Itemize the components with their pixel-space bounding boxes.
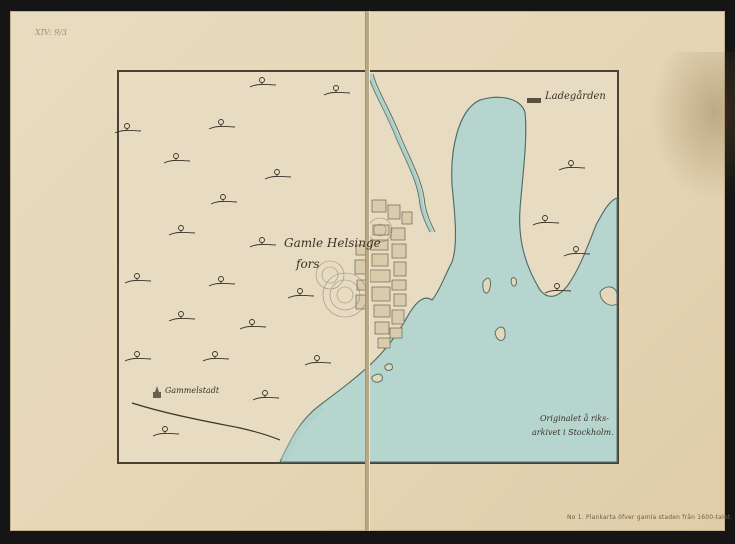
manor-label: Ladegården: [545, 91, 606, 102]
town-label: Gamle Helsinge: [284, 236, 381, 250]
fold-line: [365, 11, 370, 531]
source-note-line2: arkivet i Stockholm.: [532, 428, 614, 437]
source-note-line1: Originalet å riks-: [540, 414, 609, 423]
sheet-caption: No 1. Plankarta öfver gamla staden från …: [567, 514, 733, 521]
church-label: Gammelstadt: [165, 386, 219, 395]
town-label-line2: fors: [296, 257, 320, 271]
